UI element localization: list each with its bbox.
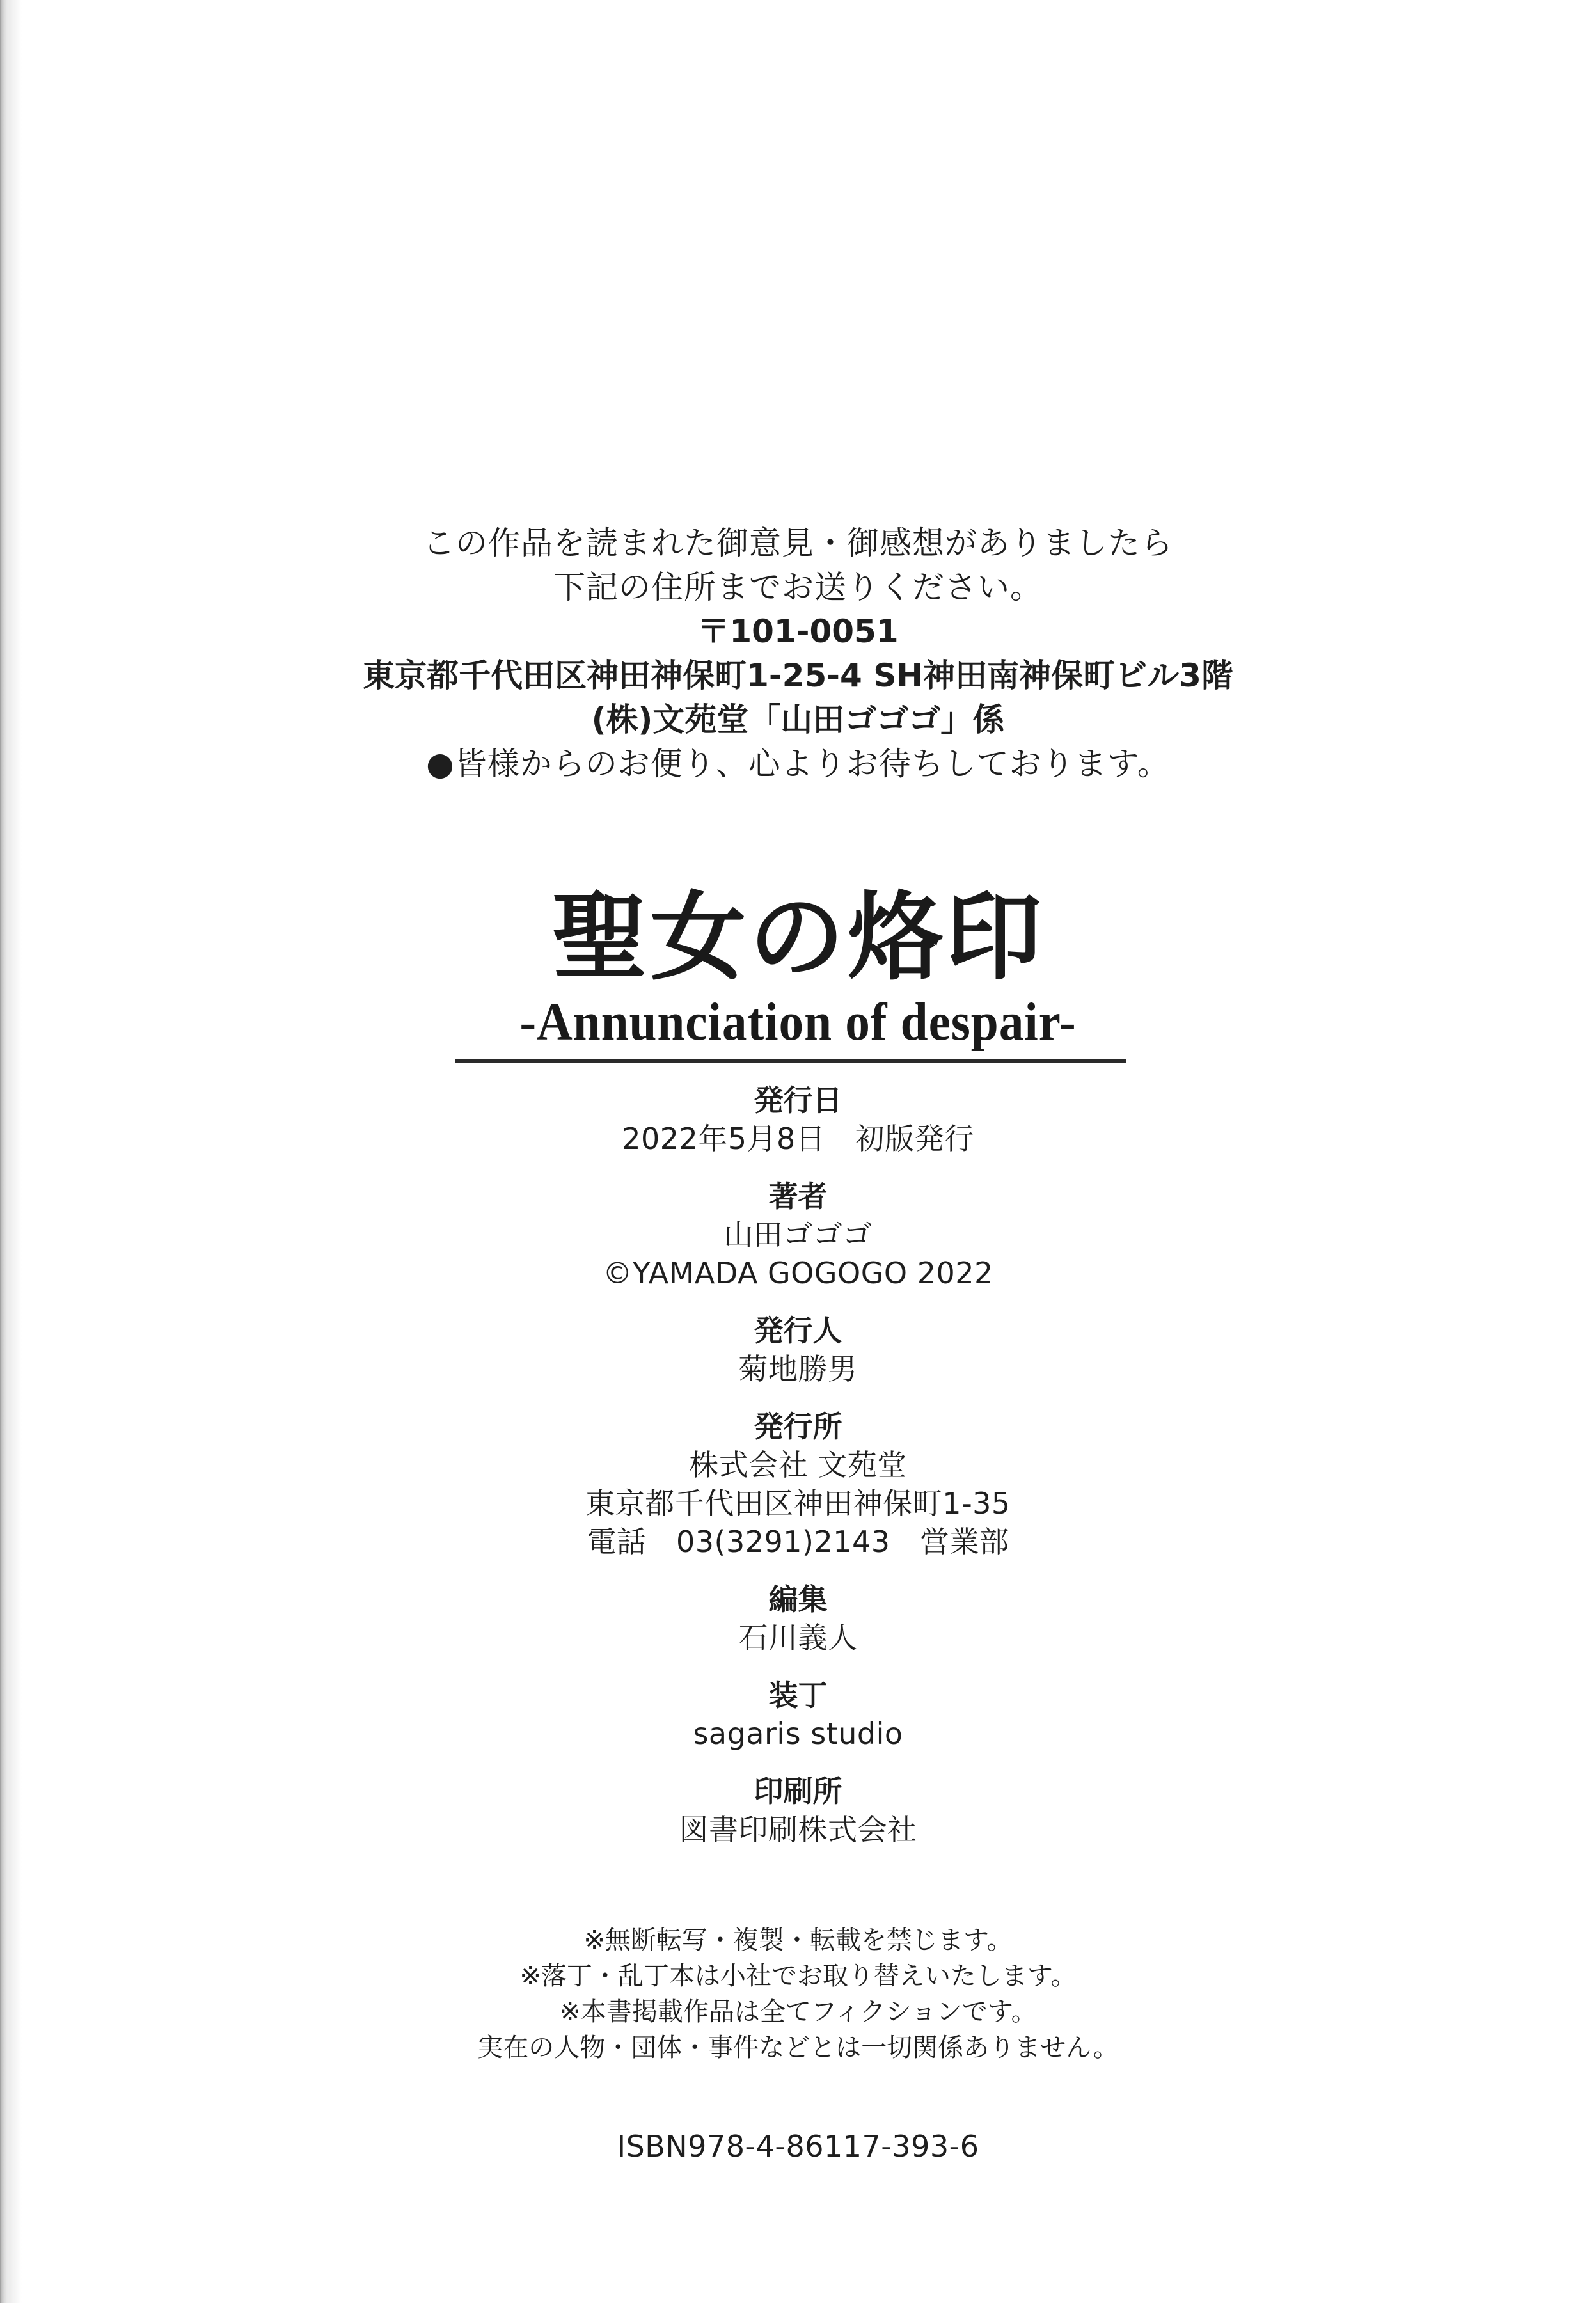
author-name: 山田ゴゴゴ [0,1215,1596,1254]
book-title-japanese: 聖女の烙印 [0,883,1596,992]
colophon-publication-date: 発行日 2022年5月8日 初版発行 [0,1081,1596,1158]
publisher-phone: 電話 03(3291)2143 営業部 [0,1523,1596,1561]
publisher-label: 発行所 [0,1407,1596,1446]
colophon-design: 装丁 sagaris studio [0,1676,1596,1753]
reader-letter-line: 下記の住所までお送りください。 [0,566,1596,610]
publisher-person-name: 菊地勝男 [0,1350,1596,1388]
isbn-number: ISBN978-4-86117-393-6 [0,2127,1596,2165]
colophon-editor: 編集 石川義人 [0,1580,1596,1657]
author-copyright: ©YAMADA GOGOGO 2022 [0,1254,1596,1292]
book-title-block: 聖女の烙印 -Annunciation of despair- [0,883,1596,1053]
publisher-person-label: 発行人 [0,1311,1596,1350]
colophon-publisher: 発行所 株式会社 文苑堂 東京都千代田区神田神保町1-35 電話 03(3291… [0,1407,1596,1561]
mailing-attention: (株)文苑堂「山田ゴゴゴ」係 [0,698,1596,742]
publisher-company: 株式会社 文苑堂 [0,1446,1596,1484]
legal-notices: ※無断転写・複製・転載を禁じます。 ※落丁・乱丁本は小社でお取り替えいたします。… [0,1922,1596,2066]
author-label: 著者 [0,1177,1596,1215]
notice-line: ※落丁・乱丁本は小社でお取り替えいたします。 [0,1958,1596,1994]
editor-name: 石川義人 [0,1618,1596,1657]
notice-line: ※無断転写・複製・転載を禁じます。 [0,1922,1596,1958]
design-studio: sagaris studio [0,1714,1596,1753]
editor-label: 編集 [0,1580,1596,1618]
colophon-printer: 印刷所 図書印刷株式会社 [0,1772,1596,1849]
colophon-author: 著者 山田ゴゴゴ ©YAMADA GOGOGO 2022 [0,1177,1596,1292]
printer-label: 印刷所 [0,1772,1596,1810]
reader-letter-closing: ●皆様からのお便り、心よりお待ちしております。 [0,742,1596,786]
mailing-address: 東京都千代田区神田神保町1-25-4 SH神田南神保町ビル3階 [0,654,1596,698]
colophon: 発行日 2022年5月8日 初版発行 著者 山田ゴゴゴ ©YAMADA GOGO… [0,1081,1596,1868]
reader-letter-line: この作品を読まれた御意見・御感想がありましたら [0,521,1596,566]
printer-name: 図書印刷株式会社 [0,1810,1596,1849]
colophon-publisher-person: 発行人 菊地勝男 [0,1311,1596,1388]
book-title-english: -Annunciation of despair- [64,992,1532,1053]
notice-line: 実在の人物・団体・事件などとは一切関係ありません。 [0,2030,1596,2066]
publisher-address: 東京都千代田区神田神保町1-35 [0,1484,1596,1523]
postal-code: 〒101-0051 [0,610,1596,654]
publication-date-label: 発行日 [0,1081,1596,1120]
design-label: 装丁 [0,1676,1596,1714]
notice-line: ※本書掲載作品は全てフィクションです。 [0,1994,1596,2030]
publication-date-value: 2022年5月8日 初版発行 [0,1120,1596,1158]
isbn-block: ISBN978-4-86117-393-6 [0,2127,1596,2165]
reader-letter-block: この作品を読まれた御意見・御感想がありましたら 下記の住所までお送りください。 … [0,521,1596,786]
title-underline-rule [455,1059,1126,1063]
